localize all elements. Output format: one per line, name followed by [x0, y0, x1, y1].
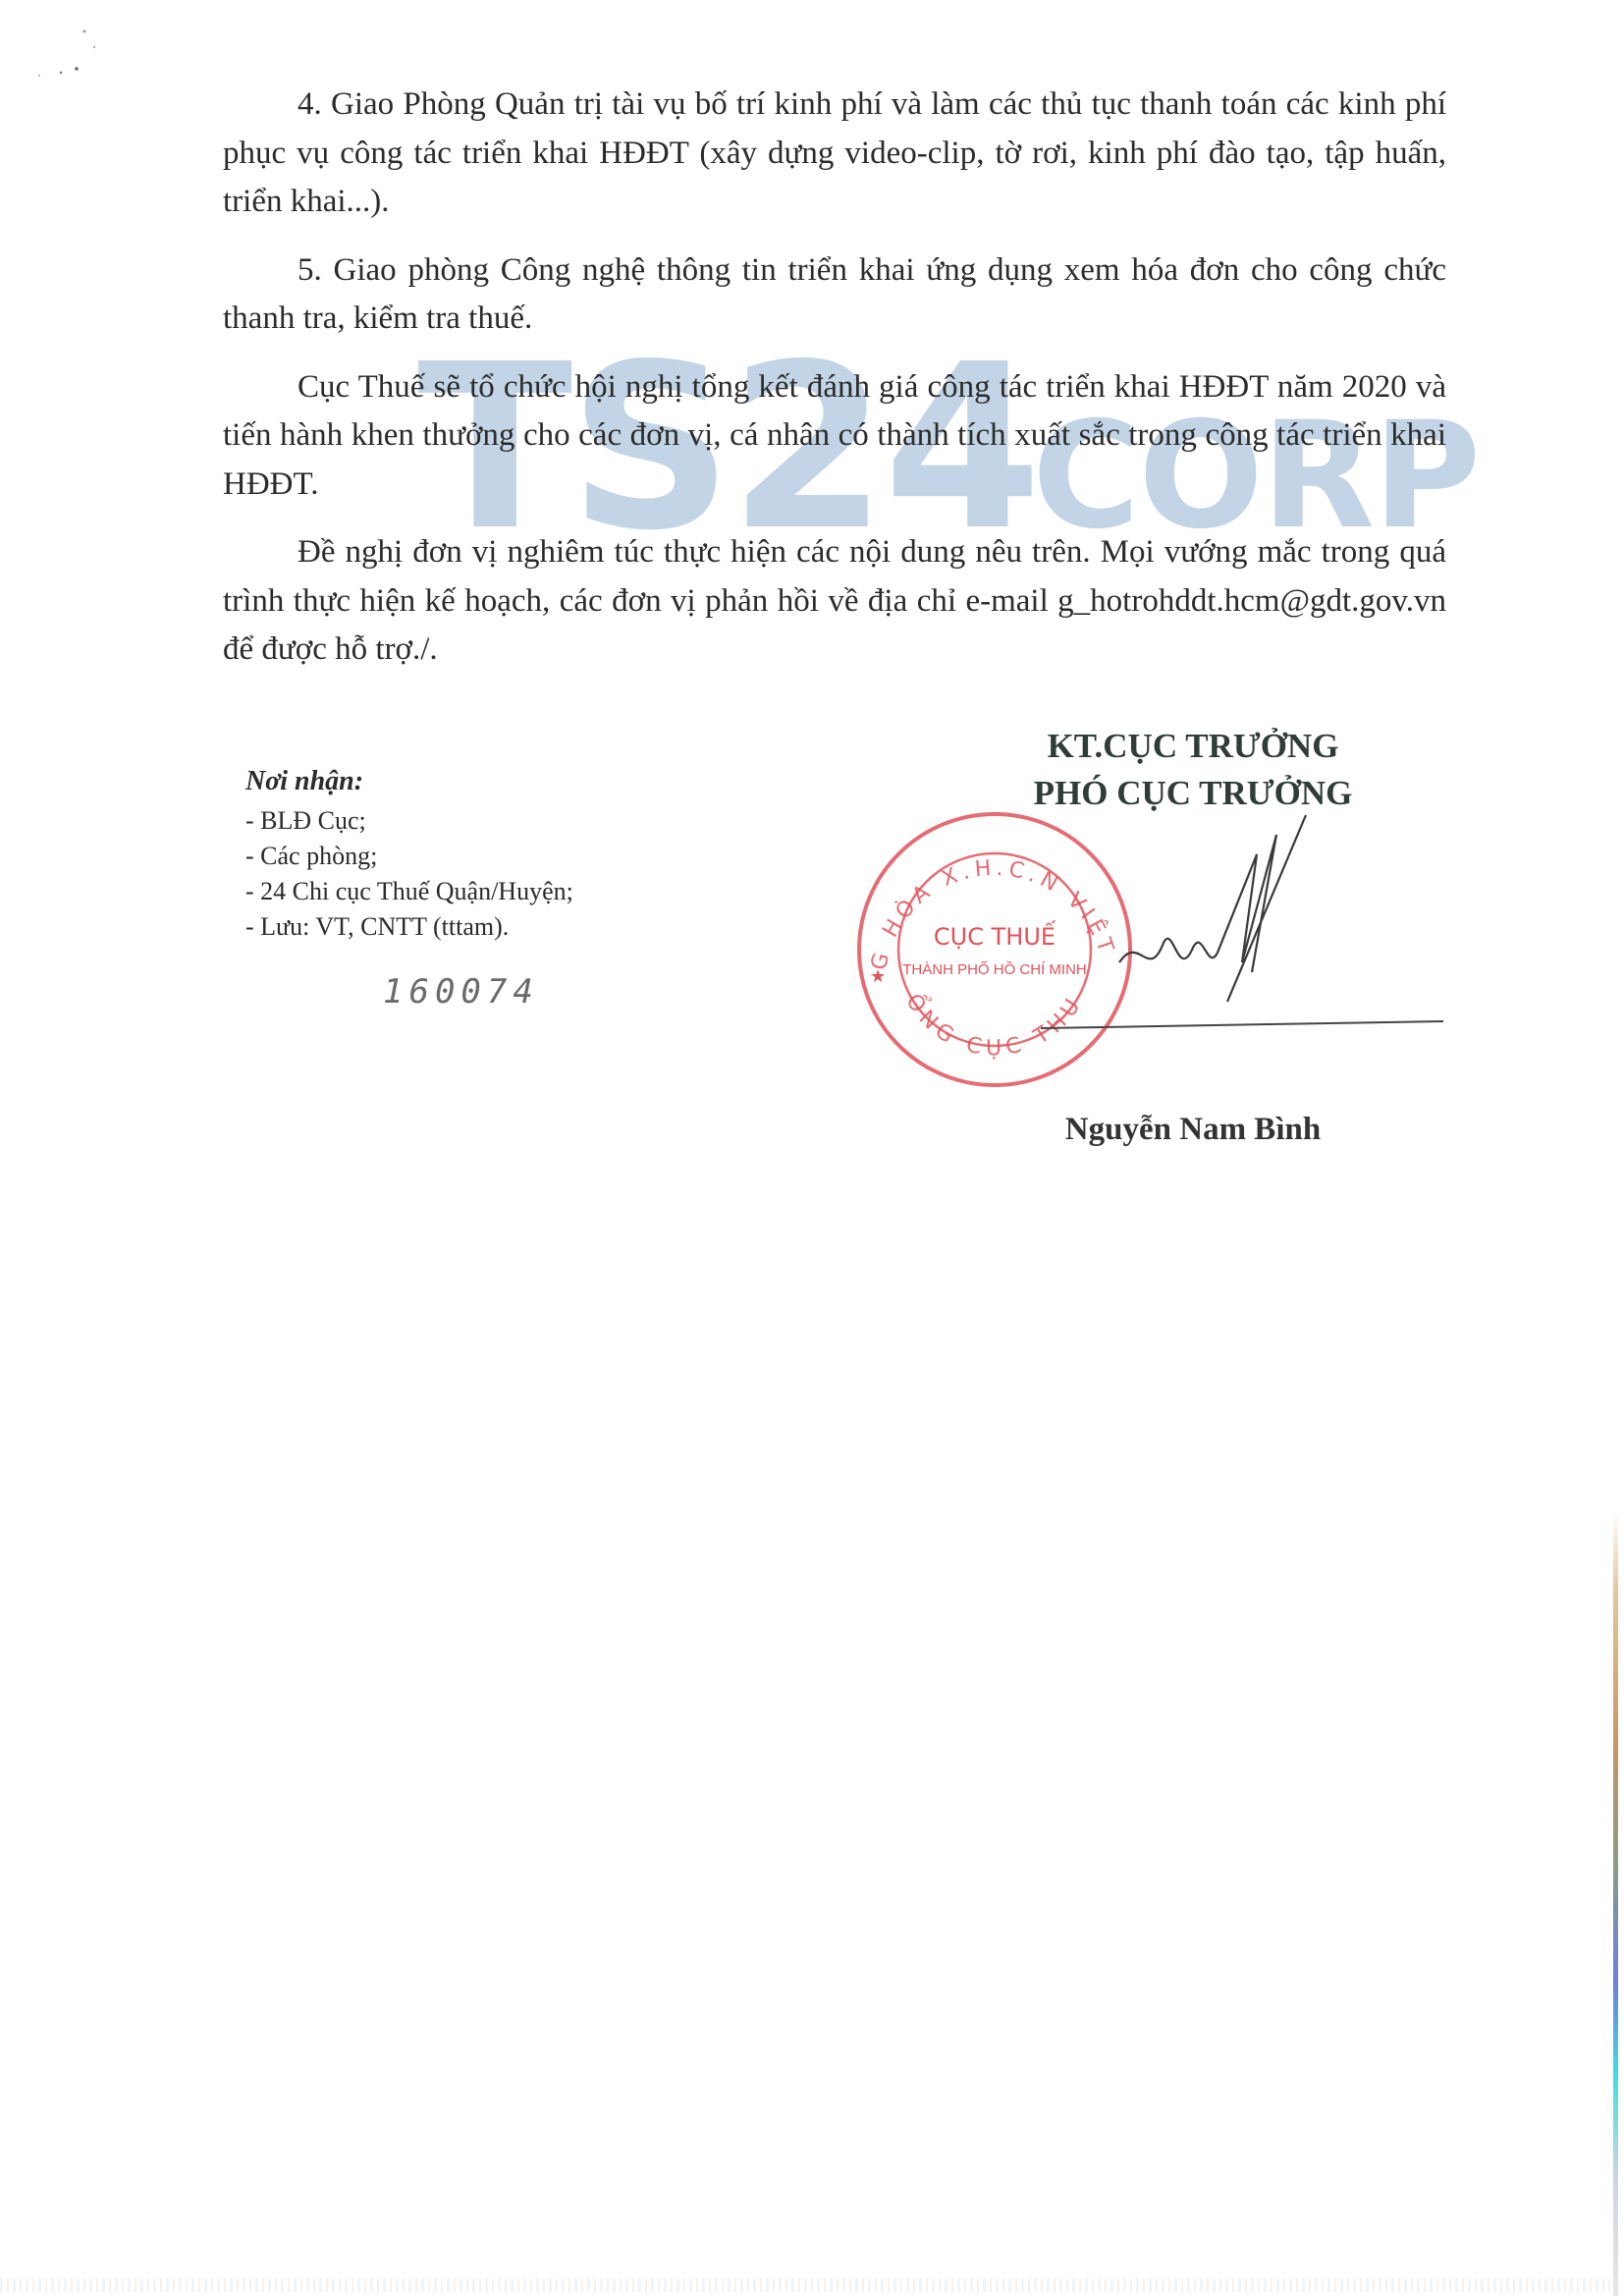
- recipients-heading: Nơi nhận:: [245, 764, 573, 799]
- handwritten-number: 160074: [383, 972, 539, 1011]
- scan-edge-artifact: [1613, 1512, 1618, 2296]
- paragraph-conference: Cục Thuế sẽ tổ chức hội nghị tổng kết đá…: [223, 363, 1446, 510]
- signature-title: KT.CỤC TRƯỞNG PHÓ CỤC TRƯỞNG: [982, 723, 1404, 817]
- recipients-block: Nơi nhận: - BLĐ Cục; - Các phòng; - 24 C…: [245, 764, 573, 945]
- scan-bottom-artifact: [0, 2278, 1610, 2292]
- paragraph-request: Đề nghị đơn vị nghiêm túc thực hiện các …: [223, 528, 1446, 675]
- recipient-item: - BLĐ Cục;: [245, 803, 573, 839]
- paragraph-item-5: 5. Giao phòng Công nghệ thông tin triển …: [223, 246, 1446, 344]
- signature-title-line1: KT.CỤC TRƯỞNG: [982, 723, 1404, 770]
- signer-name: Nguyễn Nam Bình: [982, 1112, 1404, 1148]
- handwritten-signature-icon: [1031, 815, 1453, 1041]
- recipient-item: - 24 Chi cục Thuế Quận/Huyện;: [245, 874, 573, 909]
- paragraph-item-4: 4. Giao Phòng Quản trị tài vụ bố trí kin…: [223, 81, 1446, 227]
- document-body: 4. Giao Phòng Quản trị tài vụ bố trí kin…: [223, 81, 1446, 694]
- signature-title-line2: PHÓ CỤC TRƯỞNG: [982, 770, 1404, 817]
- recipient-item: - Lưu: VT, CNTT (tttam).: [245, 909, 573, 945]
- scan-artifact-specks: [18, 22, 126, 81]
- recipient-item: - Các phòng;: [245, 839, 573, 874]
- svg-text:★: ★: [870, 966, 886, 986]
